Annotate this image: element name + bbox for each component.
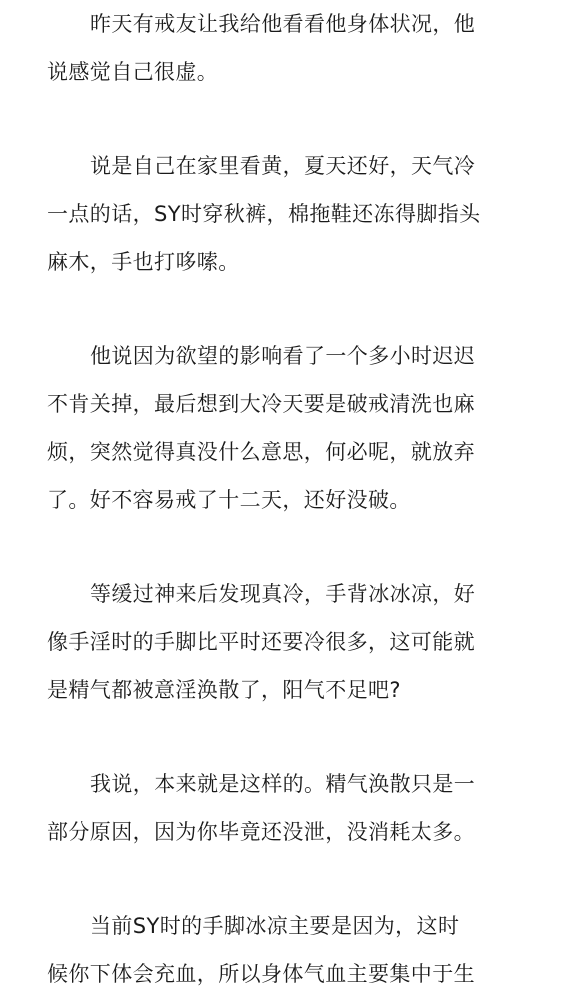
paragraph-3: 他说因为欲望的影响看了一个多小时迟迟 不肯关掉，最后想到大冷天要是破戒清洗也麻 … <box>47 332 487 524</box>
text-line: 我说，本来就是这样的。精气涣散只是一 <box>47 760 487 808</box>
paragraph-gap <box>47 286 487 332</box>
text-line: 昨天有戒友让我给他看看他身体状况，他 <box>47 0 487 48</box>
paragraph-gap <box>47 524 487 570</box>
text-line: 他说因为欲望的影响看了一个多小时迟迟 <box>47 332 487 380</box>
paragraph-gap <box>47 714 487 760</box>
text-line: 当前SY时的手脚冰凉主要是因为，这时 <box>47 902 487 950</box>
text-line: 候你下体会充血，所以身体气血主要集中于生 <box>47 950 487 993</box>
text-line: 了。好不容易戒了十二天，还好没破。 <box>47 476 487 524</box>
text-line: 部分原因，因为你毕竟还没泄，没消耗太多。 <box>47 808 487 856</box>
paragraph-1: 昨天有戒友让我给他看看他身体状况，他 说感觉自己很虚。 <box>47 0 487 96</box>
paragraph-2: 说是自己在家里看黄，夏天还好，天气冷 一点的话，SY时穿秋裤，棉拖鞋还冻得脚指头… <box>47 142 487 286</box>
text-line: 等缓过神来后发现真冷，手背冰冰凉，好 <box>47 570 487 618</box>
paragraph-gap <box>47 856 487 902</box>
text-line: 烦，突然觉得真没什么意思，何必呢，就放弃 <box>47 428 487 476</box>
paragraph-6: 当前SY时的手脚冰凉主要是因为，这时 候你下体会充血，所以身体气血主要集中于生 <box>47 902 487 993</box>
text-line: 麻木，手也打哆嗦。 <box>47 238 487 286</box>
text-line: 一点的话，SY时穿秋裤，棉拖鞋还冻得脚指头 <box>47 190 487 238</box>
article-body: 昨天有戒友让我给他看看他身体状况，他 说感觉自己很虚。 说是自己在家里看黄，夏天… <box>47 0 487 993</box>
text-line: 不肯关掉，最后想到大冷天要是破戒清洗也麻 <box>47 380 487 428</box>
text-line: 说感觉自己很虚。 <box>47 48 487 96</box>
text-line: 像手淫时的手脚比平时还要冷很多，这可能就 <box>47 618 487 666</box>
paragraph-4: 等缓过神来后发现真冷，手背冰冰凉，好 像手淫时的手脚比平时还要冷很多，这可能就 … <box>47 570 487 714</box>
text-line: 是精气都被意淫涣散了，阳气不足吧? <box>47 666 487 714</box>
text-line: 说是自己在家里看黄，夏天还好，天气冷 <box>47 142 487 190</box>
paragraph-5: 我说，本来就是这样的。精气涣散只是一 部分原因，因为你毕竟还没泄，没消耗太多。 <box>47 760 487 856</box>
paragraph-gap <box>47 96 487 142</box>
